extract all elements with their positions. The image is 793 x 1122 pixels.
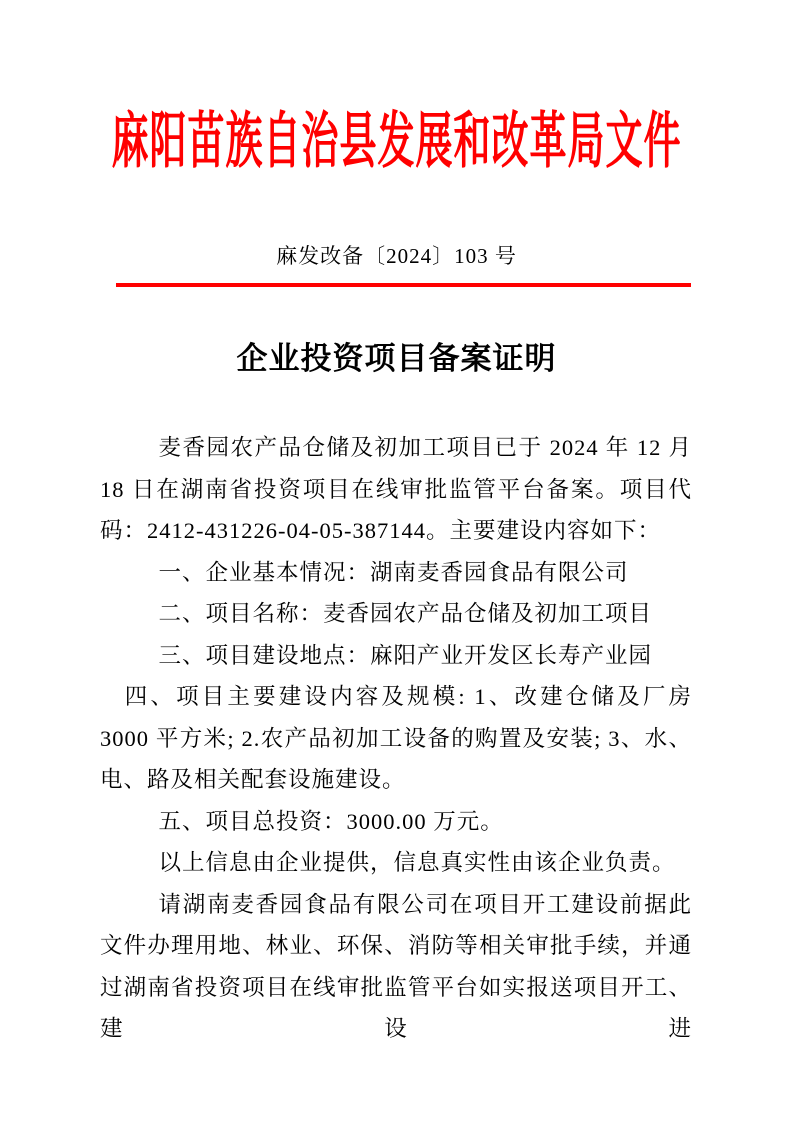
red-divider-rule [116, 283, 691, 287]
paragraph-item-1-company: 一、企业基本情况：湖南麦香园食品有限公司 [100, 552, 692, 594]
paragraph-item-4-scope: 四、项目主要建设内容及规模: 1、改建仓储及厂房 3000 平方米; 2.农产品… [100, 676, 692, 801]
paragraph-item-3-location: 三、项目建设地点：麻阳产业开发区长寿产业园 [100, 635, 692, 677]
document-reference-number: 麻发改备〔2024〕103 号 [0, 242, 793, 270]
agency-letterhead-title: 麻阳苗族自治县发展和改革局文件 [0, 112, 793, 173]
paragraph-instructions: 请湖南麦香园食品有限公司在项目开工建设前据此文件办理用地、林业、环保、消防等相关… [100, 884, 692, 1050]
paragraph-item-2-project-name: 二、项目名称：麦香园农产品仓储及初加工项目 [100, 593, 692, 635]
paragraph-registration-intro: 麦香园农产品仓储及初加工项目已于 2024 年 12 月 18 日在湖南省投资项… [100, 427, 692, 552]
paragraph-disclaimer: 以上信息由企业提供，信息真实性由该企业负责。 [100, 842, 692, 884]
paragraph-item-5-investment: 五、项目总投资：3000.00 万元。 [100, 801, 692, 843]
subject-heading: 企业投资项目备案证明 [0, 340, 793, 377]
document-page: 麻阳苗族自治县发展和改革局文件 麻发改备〔2024〕103 号 企业投资项目备案… [0, 0, 793, 1122]
document-body: 麦香园农产品仓储及初加工项目已于 2024 年 12 月 18 日在湖南省投资项… [100, 427, 692, 1050]
